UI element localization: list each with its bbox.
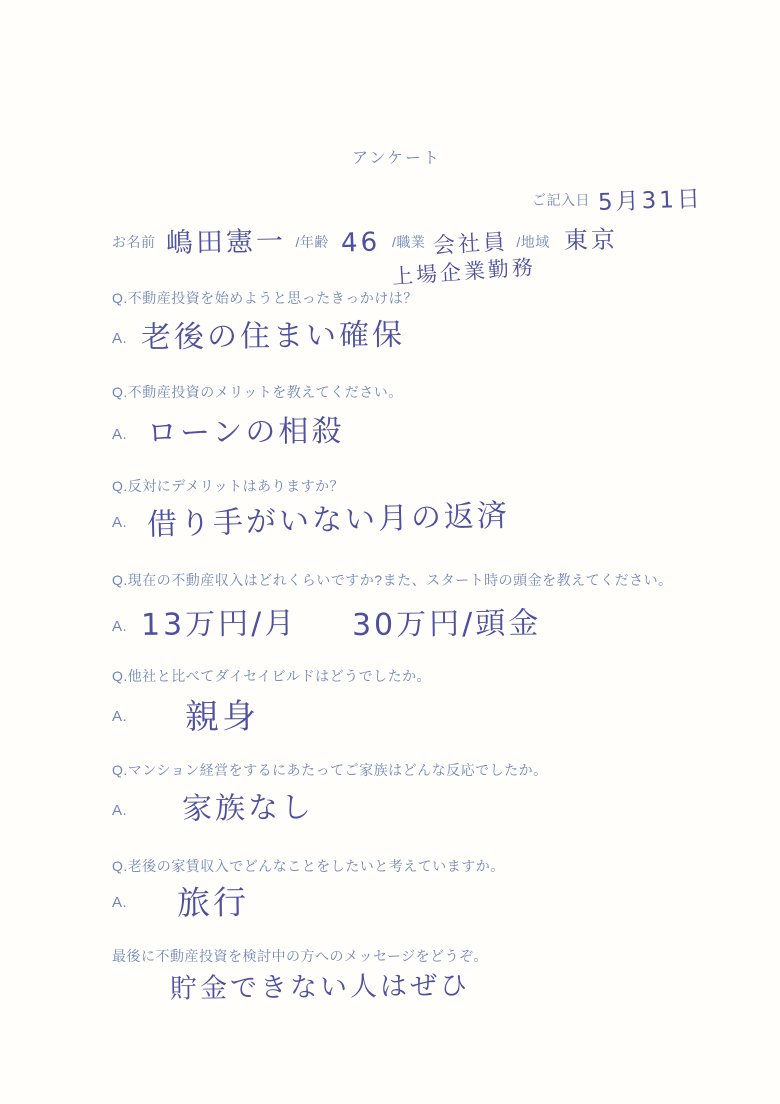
answer-1-label: A. <box>112 322 127 347</box>
answer-2: A. ローンの相殺 <box>112 418 345 448</box>
answer-3-handwritten: 借り手がいない月の返済 <box>147 501 511 540</box>
answer-2-handwritten: ローンの相殺 <box>147 417 345 449</box>
survey-title: アンケート <box>352 145 441 168</box>
answer-2-label: A. <box>112 418 127 443</box>
date-line: ご記入日 5月31日 <box>532 190 703 213</box>
answer-6-label: A. <box>112 794 127 819</box>
question-4: Q.現在の不動産収入はどれくらいですか?また、スタート時の頭金を教えてください。 <box>112 570 673 590</box>
name-value-handwritten: 嶋田憲一 <box>165 228 285 257</box>
question-2: Q.不動産投資のメリットを教えてください。 <box>112 382 403 402</box>
answer-6: A. 家族なし <box>112 794 314 824</box>
answer-4: A. 13万円/月 30万円/頭金 <box>112 610 542 640</box>
answer-5-label: A. <box>112 700 127 725</box>
answer-4-handwritten-downpayment: 30万円/頭金 <box>352 609 542 641</box>
answer-3: A. 借り手がいない月の返済 <box>112 506 510 536</box>
answer-7: A. 旅行 <box>112 886 249 919</box>
question-1: Q.不動産投資を始めようと思ったきっかけは？ <box>112 288 418 308</box>
answer-6-handwritten: 家族なし <box>182 793 314 824</box>
answer-1-handwritten: 老後の住まい確保 <box>141 321 405 354</box>
question-5: Q.他社と比べてダイセイビルドはどうでしたか。 <box>112 666 431 686</box>
region-label: /地域 <box>516 232 549 256</box>
age-value-handwritten: 46 <box>340 229 380 256</box>
question-6: Q.マンション経営をするにあたってご家族はどんな反応でしたか。 <box>112 760 548 780</box>
job-label: /職業 <box>392 232 425 256</box>
question-3: Q.反対にデメリットはありますか？ <box>112 476 344 496</box>
profile-row: お名前 嶋田憲一 /年齢 46 /職業 会社員 /地域 東京 <box>112 228 618 256</box>
answer-3-label: A. <box>112 506 127 531</box>
answer-4-label: A. <box>112 610 127 635</box>
date-label: ご記入日 <box>532 190 590 210</box>
answer-4-handwritten-monthly: 13万円/月 <box>141 609 298 641</box>
name-label: お名前 <box>112 232 156 256</box>
job-value-handwritten: 会社員 <box>433 232 509 258</box>
job-note-handwritten: 上場企業勤務 <box>391 257 536 288</box>
scanned-survey-page: アンケート ご記入日 5月31日 お名前 嶋田憲一 /年齢 46 /職業 会社員… <box>0 0 780 1104</box>
answer-5: A. 親身 <box>112 700 259 734</box>
age-label: /年齢 <box>296 232 329 256</box>
date-value-handwritten: 5月31日 <box>598 188 704 215</box>
answer-7-handwritten: 旅行 <box>177 886 249 920</box>
answer-7-label: A. <box>112 886 127 911</box>
region-value-handwritten: 東京 <box>564 228 618 253</box>
closing-answer-handwritten: 貯金できない人はぜひ <box>170 972 470 1002</box>
closing-prompt: 最後に不動産投資を検討中の方へのメッセージをどうぞ。 <box>112 946 488 966</box>
answer-1: A. 老後の住まい確保 <box>112 322 405 352</box>
question-7: Q.老後の家賃収入でどんなことをしたいと考えていますか。 <box>112 856 505 876</box>
answer-5-handwritten: 親身 <box>185 700 259 735</box>
